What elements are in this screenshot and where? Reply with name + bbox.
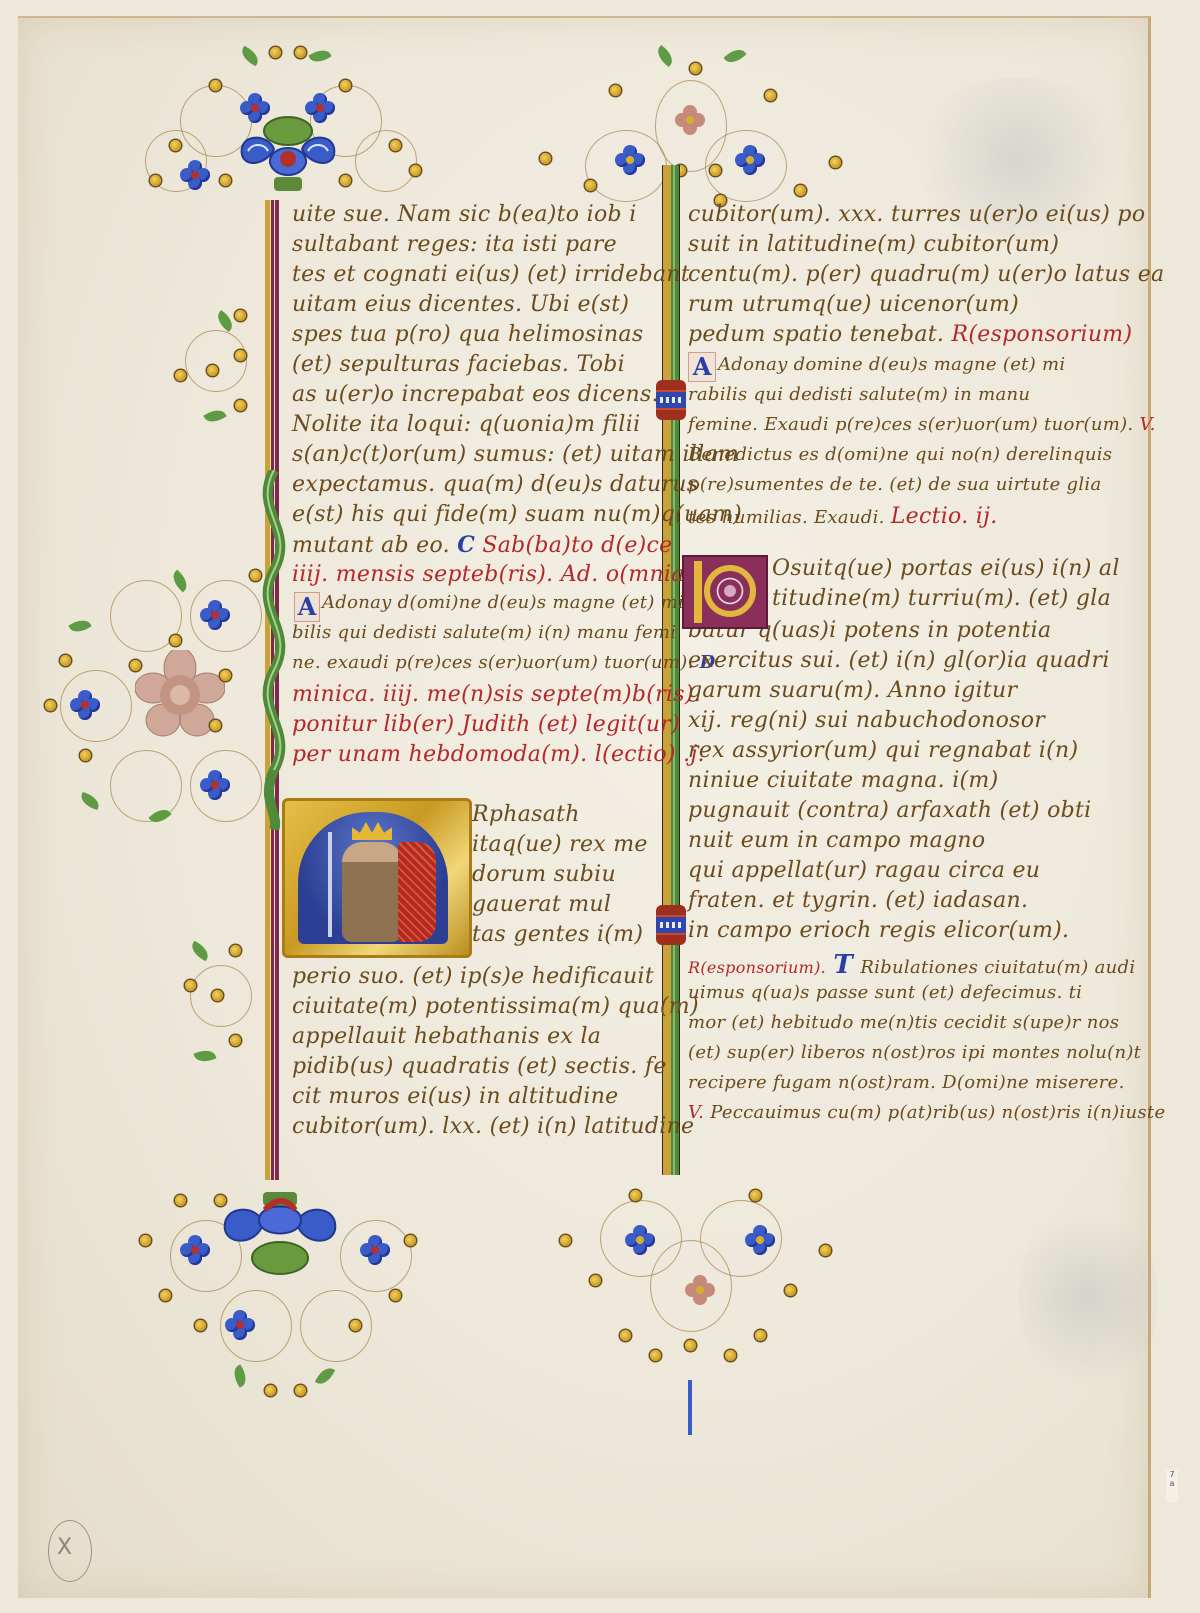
text-segment: tes humilias. Exaudi. [688, 507, 885, 528]
text-line: tes et cognati ei(us) (et) irridebant [292, 262, 690, 287]
rubric-text: R(esponsorium) [952, 322, 1133, 347]
bottom-left-spray-ornament [120, 1180, 430, 1400]
rubric-lectio: Lectio. ij. [891, 504, 998, 529]
text-line: qui appellat(ur) ragau circa eu [688, 858, 1040, 883]
text-line: niniue ciuitate magna. i(m) [688, 768, 998, 793]
blue-flower-icon [625, 1225, 655, 1255]
text-line: appellauit hebathanis ex la [292, 1024, 601, 1049]
text-line: tas gentes i(m) [472, 922, 643, 947]
crown-icon [352, 822, 392, 840]
text-line: garum suaru(m). Anno igitur [688, 678, 1017, 703]
versicle-line: V. Peccauimus cu(m) p(at)rib(us) n(ost)r… [688, 1102, 1165, 1123]
text-segment: pedum spatio tenebat. [688, 322, 944, 347]
text-segment: Peccauimus cu(m) p(at)rib(us) n(ost)ris … [710, 1102, 1165, 1123]
initial-T: T [833, 950, 853, 980]
text-line: uitam eius dicentes. Ubi e(st) [292, 292, 629, 317]
text-line: (et) sepulturas faciebas. Tobi [292, 352, 625, 377]
blue-flower-icon [225, 1310, 255, 1340]
text-line: cubitor(um). xxx. turres u(er)o ei(us) p… [688, 202, 1145, 227]
text-line: rum utrumq(ue) uicenor(um) [688, 292, 1019, 317]
left-text-column: uite sue. Nam sic b(ea)to iob i sultaban… [292, 200, 642, 1160]
blue-initial: C [457, 532, 475, 558]
blue-flower-icon [735, 145, 765, 175]
responsory-line: (et) sup(er) liberos n(ost)ros ipi monte… [688, 1042, 1141, 1063]
text-line: gauerat mul [472, 892, 611, 917]
responsory-line: R(esponsorium). T Ribulationes ciuitatu(… [688, 950, 1135, 980]
text-line: centu(m). p(er) quadru(m) u(er)o latus e… [688, 262, 1164, 287]
text-line: as u(er)o increpabat eos dicens. [292, 382, 659, 407]
antiphon-line: ne. exaudi p(re)ces s(er)uor(um) tuor(um… [292, 652, 716, 673]
acanthus-vase-icon [228, 103, 348, 193]
blue-finial-icon [688, 1380, 692, 1435]
top-left-spray-ornament [140, 35, 430, 205]
text-line: s(an)c(t)or(um) sumus: (et) uitam illam [292, 442, 739, 467]
shield-icon [398, 842, 436, 942]
sword-icon [328, 832, 332, 937]
text-line: nuit eum in campo magno [688, 828, 985, 853]
text-line: pugnauit (contra) arfaxath (et) obti [688, 798, 1091, 823]
blue-flower-icon [200, 600, 230, 630]
blue-flower-icon [180, 160, 210, 190]
text-line: dorum subiu [472, 862, 616, 887]
rubric-line: per unam hebdomoda(m). l(ectio) .j. [292, 742, 705, 767]
text-segment: Ribulationes ciuitatu(m) audi [860, 957, 1135, 978]
text-line: Nolite ita loqui: q(uonia)m filii [292, 412, 640, 437]
antiphon-line: Adonay d(omi)ne d(eu)s magne (et) mira [322, 592, 704, 613]
edge-tag: 7 a [1166, 1470, 1178, 1502]
text-line: Rphasath [472, 802, 580, 827]
decorated-initial-P [682, 555, 768, 629]
pencil-circle-mark: X [48, 1520, 92, 1582]
king-figure [342, 842, 402, 942]
text-line: pidib(us) quadratis (et) sectis. fe [292, 1054, 667, 1079]
border-band-ornament [656, 905, 686, 945]
text-line: xij. reg(ni) sui nabuchodonosor [688, 708, 1045, 733]
water-stain [1018, 1198, 1158, 1398]
text-line: Osuitq(ue) portas ei(us) i(n) al [772, 556, 1120, 581]
rubric-text: R(esponsorium). [688, 958, 826, 977]
text-segment: femine. Exaudi p(re)ces s(er)uor(um) tuo… [688, 414, 1133, 435]
versicle-mark: V. [688, 1102, 704, 1123]
antiphon-line: bilis qui dedisti salute(m) i(n) manu fe… [292, 622, 676, 643]
text-line: in campo erioch regis elicor(um). [688, 918, 1069, 943]
versicle-line: Benedictus es d(omi)ne qui no(n) derelin… [688, 444, 1112, 465]
text-line: uite sue. Nam sic b(ea)to iob i [292, 202, 637, 227]
responsory-line: uimus q(ua)s passe sunt (et) defecimus. … [688, 982, 1082, 1003]
blue-flower-icon [200, 770, 230, 800]
text-line: spes tua p(ro) qua helimosinas [292, 322, 643, 347]
blue-flower-icon [180, 1235, 210, 1265]
bottom-center-spray-ornament [530, 1180, 840, 1440]
initial-A-small: A [688, 352, 716, 382]
text-line: cit muros ei(us) in altitudine [292, 1084, 619, 1109]
left-small-spray-ornament [165, 300, 265, 430]
responsory-line: mor (et) hebitudo me(n)tis cecidit s(upe… [688, 1012, 1119, 1033]
versicle-mark: V. [1140, 414, 1156, 435]
acanthus-vase-icon [215, 1190, 345, 1285]
versicle-line: tes humilias. Exaudi. Lectio. ij. [688, 504, 998, 529]
initial-blue-ground [298, 812, 448, 944]
rubric-line: minica. iiij. me(n)sis septe(m)b(ris). [292, 682, 701, 707]
text-line: cubitor(um). lxx. (et) i(n) latitudine [292, 1114, 694, 1139]
responsory-line: femine. Exaudi p(re)ces s(er)uor(um) tuo… [688, 414, 1156, 435]
initial-A-small: A [294, 592, 320, 622]
text-line: suit in latitudine(m) cubitor(um) [688, 232, 1059, 257]
blue-flower-icon [615, 145, 645, 175]
responsory-line: rabilis qui dedisti salute(m) in manu [688, 384, 1030, 405]
responsory-line: Adonay domine d(eu)s magne (et) mi [718, 354, 1065, 375]
text-line: itaq(ue) rex me [472, 832, 648, 857]
historiated-initial-A-king [282, 798, 472, 958]
rubric-text: Sab(ba)to d(e)ce [482, 533, 672, 558]
text-line: expectamus. qua(m) d(eu)s daturus [292, 472, 698, 497]
text-line: rex assyrior(um) qui regnabat i(n) [688, 738, 1078, 763]
text-line: e(st) his qui fide(m) suam nu(m)q(uam) [292, 502, 742, 527]
text-line: sultabant reges: ita isti pare [292, 232, 617, 257]
versicle-line: p(re)sumentes de te. (et) de sua uirtute… [688, 474, 1102, 495]
border-band-ornament [656, 380, 686, 420]
right-text-column: cubitor(um). xxx. turres u(er)o ei(us) p… [688, 200, 1048, 1160]
text-line: mutant ab eo. C Sab(ba)to d(e)ce [292, 532, 673, 558]
responsory-line: recipere fugam n(ost)ram. D(omi)ne miser… [688, 1072, 1125, 1093]
text-line: ciuitate(m) potentissima(m) qua(m) [292, 994, 699, 1019]
text-line: fraten. et tygrin. (et) iadasan. [688, 888, 1028, 913]
pink-flower-icon [675, 105, 705, 135]
top-center-spray-ornament [515, 45, 845, 205]
text-segment: mutant ab eo. [292, 533, 450, 558]
text-line: titudine(m) turriu(m). (et) gla [772, 586, 1111, 611]
edge-tag-text: 7 a [1166, 1470, 1178, 1488]
blue-flower-icon [360, 1235, 390, 1265]
blue-flower-icon [70, 690, 100, 720]
blue-flower-icon [745, 1225, 775, 1255]
left-rose-spray-ornament [40, 560, 270, 840]
text-line: exercitus sui. (et) i(n) gl(or)ia quadri [688, 648, 1110, 673]
pencil-mark-text: X [57, 1535, 72, 1560]
text-line: perio suo. (et) ip(s)e hedificauit [292, 964, 654, 989]
text-segment: ne. exaudi p(re)ces s(er)uor(um) tuor(um… [292, 652, 694, 673]
pink-flower-icon [685, 1275, 715, 1305]
text-line: pedum spatio tenebat. R(esponsorium) [688, 322, 1132, 347]
left-lower-spray-ornament [170, 935, 270, 1075]
rubric-line: ponitur lib(er) Judith (et) legit(ur) [292, 712, 680, 737]
